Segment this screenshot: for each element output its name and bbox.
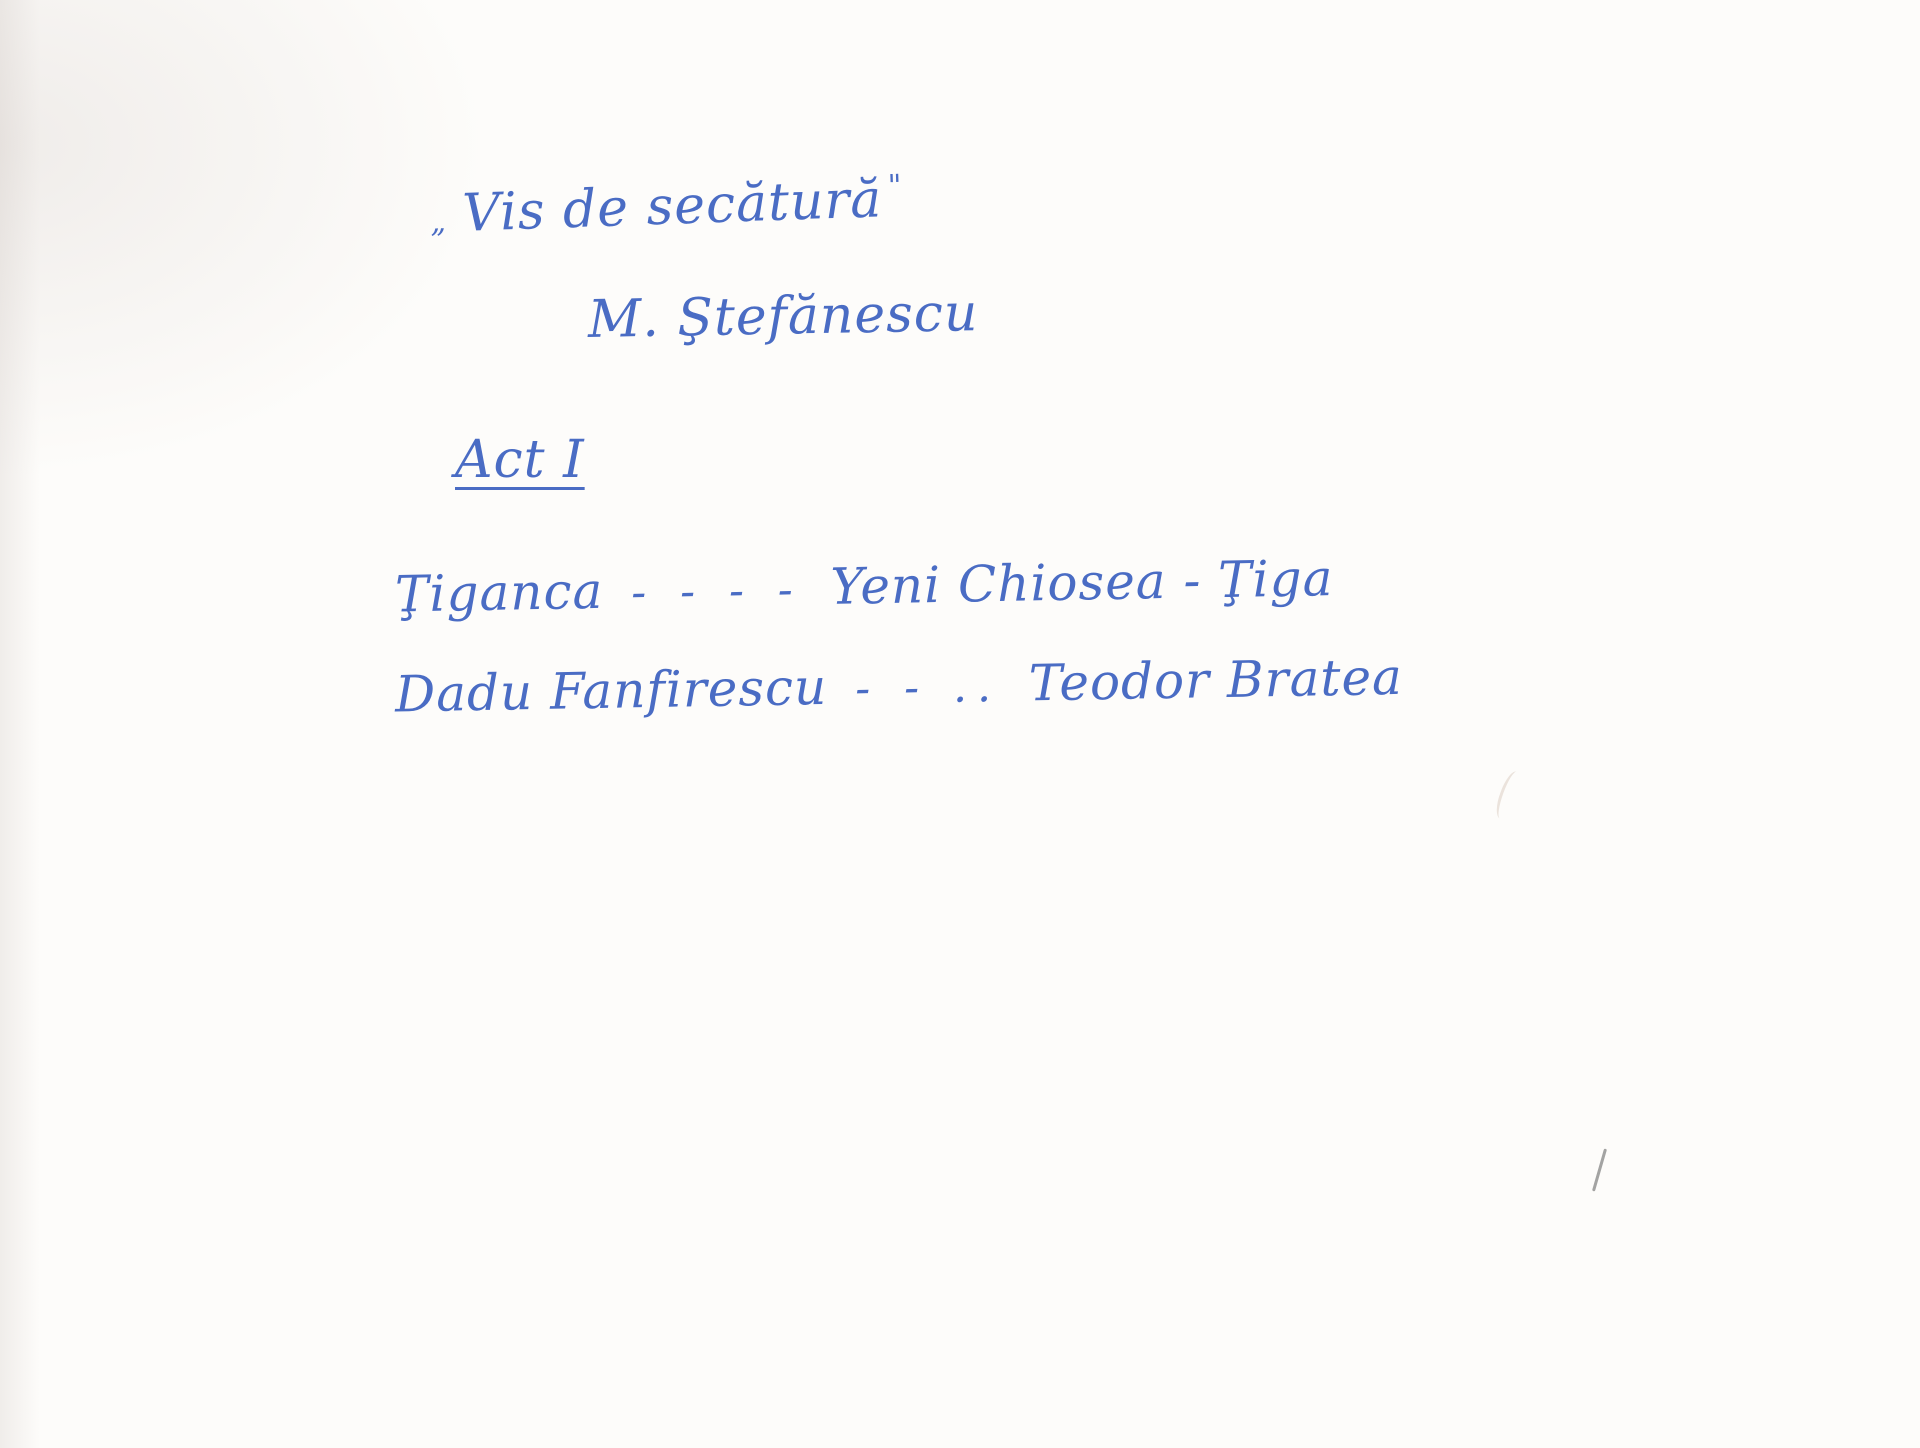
cast-role: Dadu Fanfirescu (395, 658, 828, 724)
cast-role: Ţiganca (395, 562, 604, 624)
pencil-mark (1592, 1148, 1607, 1191)
paper-stain (1492, 769, 1525, 822)
act-heading: Act I (455, 430, 585, 490)
cast-separator: - - - - (631, 564, 803, 618)
photo-back-paper: „Vis de secătură" M. Ştefănescu Act I Ţi… (0, 0, 1920, 1448)
title-text: Vis de secătură (461, 169, 883, 244)
cast-actor: Teodor Bratea (1028, 648, 1403, 713)
cast-entry: Ţiganca - - - - Yeni Chiosea - Ţiga (395, 545, 1596, 624)
title-quote-close: " (887, 169, 903, 204)
title-quote-open: „ (430, 204, 448, 240)
cast-entry: Dadu Fanfirescu - - .. Teodor Bratea (395, 645, 1596, 724)
cast-separator: - - .. (855, 661, 1002, 715)
author-name: M. Ştefănescu (587, 283, 978, 350)
cast-actor: Yeni Chiosea - Ţiga (830, 549, 1334, 616)
play-title: „Vis de secătură" (429, 169, 904, 245)
